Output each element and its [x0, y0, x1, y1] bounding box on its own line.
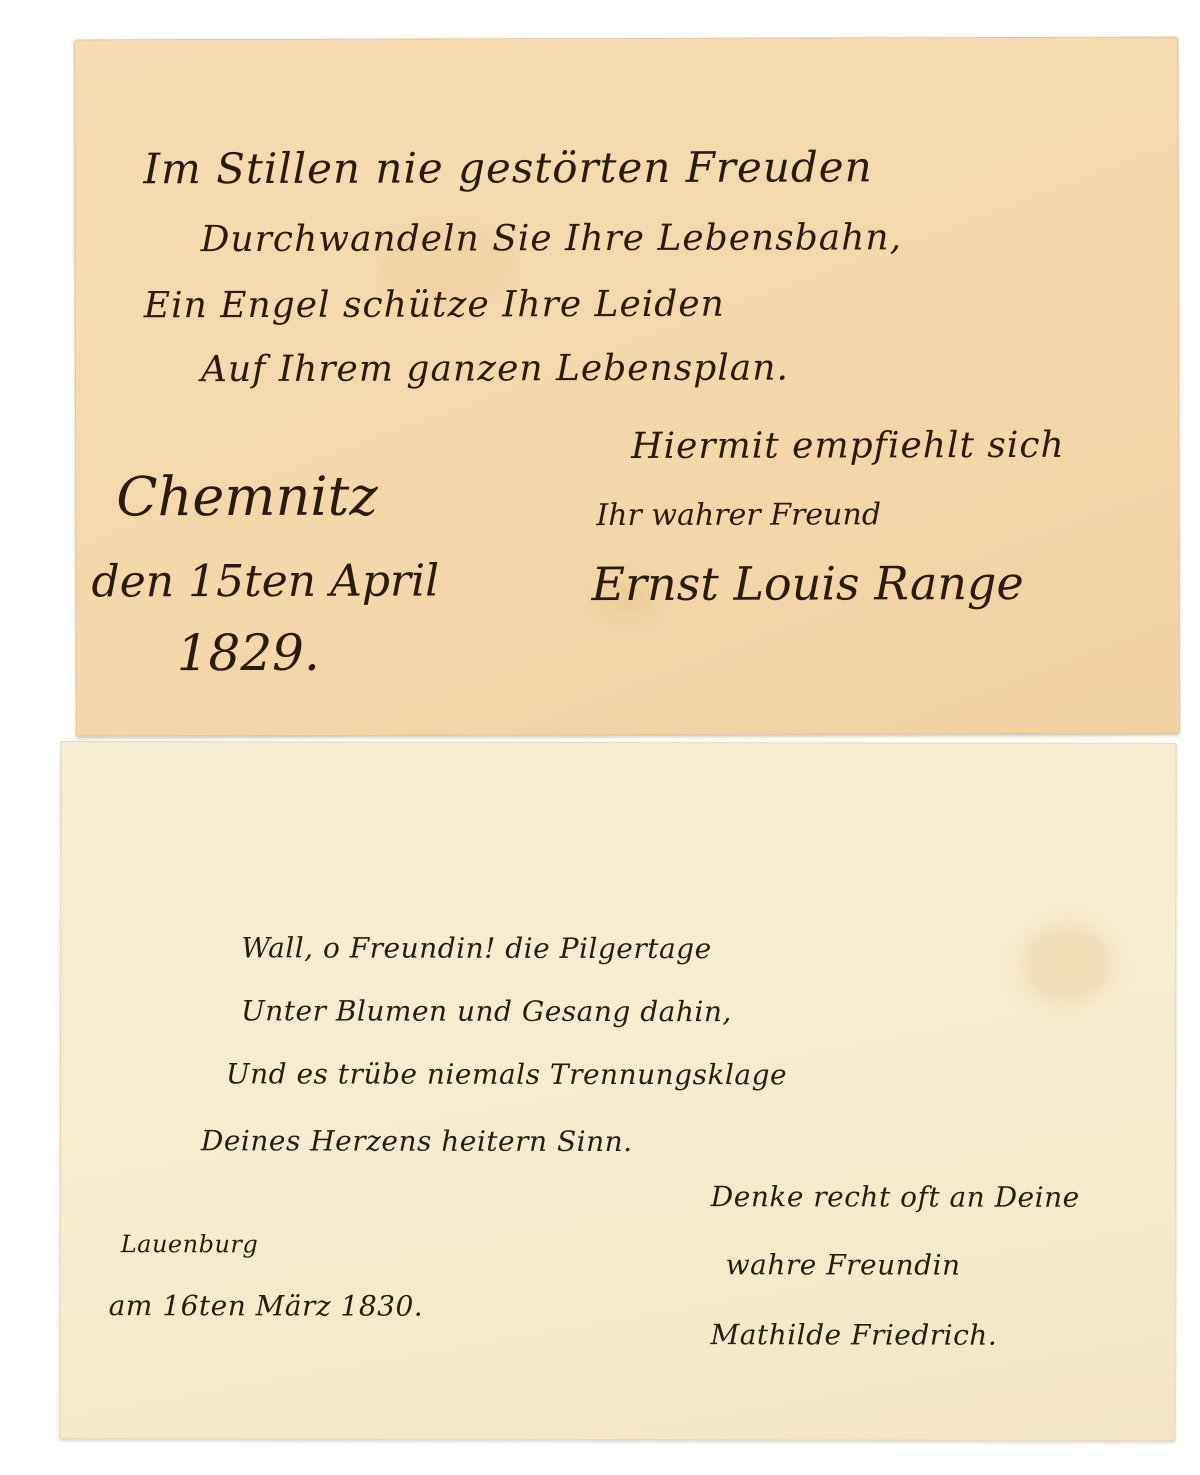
verse-line-4: Auf Ihrem ganzen Lebensplan.	[201, 351, 789, 389]
closing-line-2: wahre Freundin	[726, 1251, 961, 1279]
date-line: den 15ten April	[91, 559, 439, 604]
date-line: am 16ten März 1830.	[109, 1292, 424, 1321]
closing-line: Hiermit empfiehlt sich	[631, 428, 1065, 465]
place-name: Chemnitz	[116, 470, 378, 525]
closing-line-2: Ihr wahrer Freund	[596, 500, 881, 531]
verse-line-3: Ein Engel schütze Ihre Leiden	[144, 287, 725, 325]
verse-line-2: Durchwandeln Sie Ihre Lebensbahn,	[201, 220, 902, 258]
verse-line-4: Deines Herzens heitern Sinn.	[201, 1127, 633, 1156]
year: 1829.	[177, 628, 320, 678]
verse-line-3: Und es trübe niemals Trennungsklage	[226, 1060, 787, 1089]
verse-line-2: Unter Blumen und Gesang dahin,	[241, 997, 732, 1026]
closing-line: Denke recht oft an Deine	[711, 1183, 1080, 1212]
signature: Ernst Louis Range	[591, 560, 1023, 607]
album-leaf-1830: Wall, o Freundin! die Pilgertage Unter B…	[59, 741, 1176, 1441]
signature: Mathilde Friedrich.	[711, 1321, 998, 1350]
album-leaf-1829: Im Stillen nie gestörten Freuden Durchwa…	[74, 37, 1180, 737]
place-name: Lauenburg	[121, 1232, 259, 1256]
verse-line-1: Wall, o Freundin! die Pilgertage	[241, 934, 712, 963]
verse-line-1: Im Stillen nie gestörten Freuden	[143, 146, 872, 190]
